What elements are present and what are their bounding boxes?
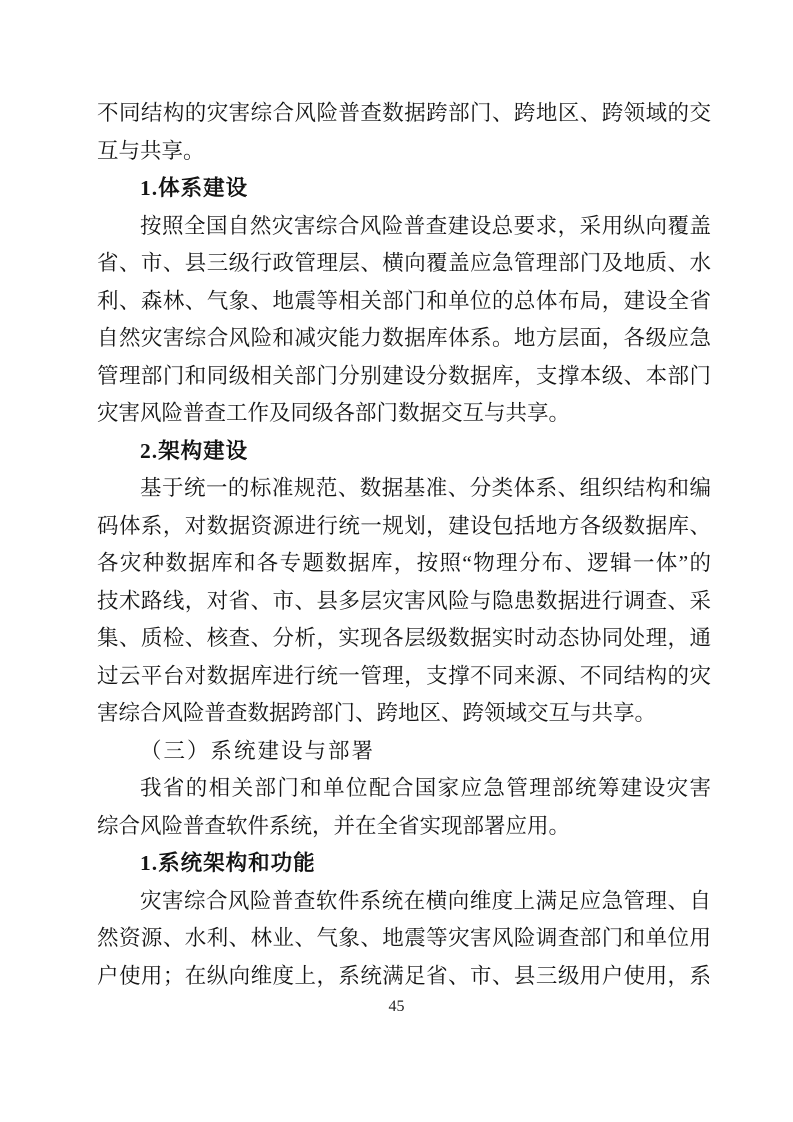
text-line: 户使用；在纵向维度上，系统满足省、市、县三级用户使用，系 (97, 958, 711, 996)
text-column: 不同结构的灾害综合风险普查数据跨部门、跨地区、跨领域的交 互与共享。 1.体系建… (97, 95, 711, 995)
text-line: 利、森林、气象、地震等相关部门和单位的总体布局，建设全省 (97, 283, 711, 321)
bold-heading: 1.系统架构和功能 (97, 845, 711, 883)
text-line: 综合风险普查软件系统，并在全省实现部署应用。 (97, 808, 711, 846)
text-line: 然资源、水利、林业、气象、地震等灾害风险调查部门和单位用 (97, 920, 711, 958)
text-line: 过云平台对数据库进行统一管理，支撑不同来源、不同结构的灾 (97, 658, 711, 696)
text-line: 自然灾害综合风险和减灾能力数据库体系。地方层面，各级应急 (97, 320, 711, 358)
text-line: 灾害综合风险普查软件系统在横向维度上满足应急管理、自 (97, 883, 711, 921)
text-line: 不同结构的灾害综合风险普查数据跨部门、跨地区、跨领域的交 (97, 95, 711, 133)
subsection-title: （三）系统建设与部署 (97, 733, 711, 771)
text-line: 害综合风险普查数据跨部门、跨地区、跨领域交互与共享。 (97, 695, 711, 733)
text-line: 码体系，对数据资源进行统一规划，建设包括地方各级数据库、 (97, 508, 711, 546)
text-line: 省、市、县三级行政管理层、横向覆盖应急管理部门及地质、水 (97, 245, 711, 283)
text-line: 集、质检、核查、分析，实现各层级数据实时动态协同处理，通 (97, 620, 711, 658)
text-line: 灾害风险普查工作及同级各部门数据交互与共享。 (97, 395, 711, 433)
text-line: 互与共享。 (97, 133, 711, 171)
text-line: 技术路线，对省、市、县多层灾害风险与隐患数据进行调查、采 (97, 583, 711, 621)
text-line: 我省的相关部门和单位配合国家应急管理部统筹建设灾害 (97, 770, 711, 808)
document-page: 不同结构的灾害综合风险普查数据跨部门、跨地区、跨领域的交 互与共享。 1.体系建… (0, 0, 793, 1122)
text-line: 基于统一的标准规范、数据基准、分类体系、组织结构和编 (97, 470, 711, 508)
bold-heading: 2.架构建设 (97, 433, 711, 471)
bold-heading: 1.体系建设 (97, 170, 711, 208)
text-line: 各灾种数据库和各专题数据库，按照“物理分布、逻辑一体”的 (97, 545, 711, 583)
text-line: 管理部门和同级相关部门分别建设分数据库，支撑本级、本部门 (97, 358, 711, 396)
text-line: 按照全国自然灾害综合风险普查建设总要求，采用纵向覆盖 (97, 208, 711, 246)
page-number: 45 (0, 998, 793, 1016)
